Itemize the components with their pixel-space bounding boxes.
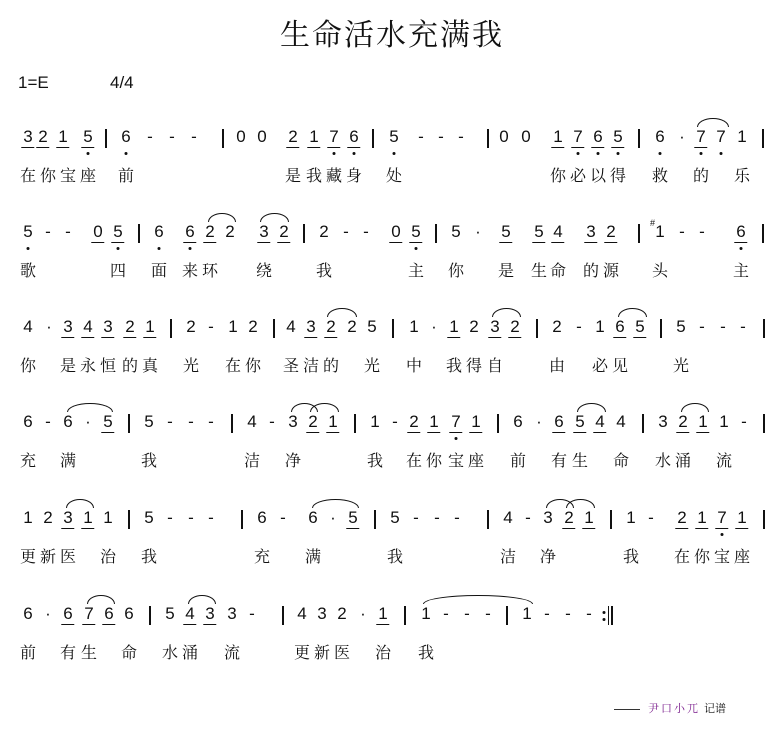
score-system: 6-6·55---4-3211-21716·65443211-充满我洁净我在你宝… xyxy=(0,412,784,482)
dash-extension: - xyxy=(576,317,582,337)
note: 1 xyxy=(626,508,635,528)
note: 2 xyxy=(125,317,134,337)
lower-octave-dot xyxy=(577,152,580,155)
note: 0 xyxy=(499,127,508,147)
lyric-char: 来 xyxy=(182,258,198,281)
barline xyxy=(273,319,275,338)
dash-extension: - xyxy=(208,508,214,528)
note: 7 xyxy=(716,127,725,147)
dash-extension: - xyxy=(699,317,705,337)
lyric-char: 满 xyxy=(305,544,321,567)
note: 5 xyxy=(113,222,122,242)
slur-arc xyxy=(310,403,339,412)
slur-arc xyxy=(188,595,216,604)
note: 7 xyxy=(696,127,705,147)
credit-dash xyxy=(614,709,640,710)
slur-arc xyxy=(423,595,533,604)
lyric-char: 命 xyxy=(121,640,137,663)
barline xyxy=(222,129,224,148)
note: 3 xyxy=(586,222,595,242)
note: 6 xyxy=(554,412,563,432)
note: 0 xyxy=(391,222,400,242)
barline xyxy=(241,510,243,529)
note: 2 xyxy=(205,222,214,242)
dash-extension: - xyxy=(280,508,286,528)
lyric-char: 有 xyxy=(551,448,567,471)
lyric-char: 源 xyxy=(603,258,619,281)
lyric-char: 你 xyxy=(245,353,261,376)
note: 6 xyxy=(349,127,358,147)
lower-octave-dot xyxy=(125,152,128,155)
repeat-dot xyxy=(603,611,606,614)
note: 5 xyxy=(635,317,644,337)
barline xyxy=(487,129,489,148)
augmentation-dot: · xyxy=(330,508,336,528)
lyric-char: 净 xyxy=(285,448,301,471)
lyric-char: 主 xyxy=(408,258,424,281)
note: 2 xyxy=(564,508,573,528)
note: 4 xyxy=(616,412,625,432)
note: 4 xyxy=(286,317,295,337)
note: 4 xyxy=(83,317,92,337)
note: 2 xyxy=(677,508,686,528)
lyric-char: 环 xyxy=(202,258,218,281)
dash-extension: - xyxy=(167,412,173,432)
lower-octave-dot xyxy=(659,152,662,155)
lyric-char: 洁 xyxy=(303,353,319,376)
note: 6 xyxy=(63,412,72,432)
lyric-char: 身 xyxy=(346,163,362,186)
key-signature: 1=E xyxy=(18,73,49,93)
lyric-char: 治 xyxy=(100,544,116,567)
note: 1 xyxy=(429,412,438,432)
lyric-char: 我 xyxy=(387,544,403,567)
note: 2 xyxy=(510,317,519,337)
lower-octave-dot xyxy=(27,247,30,250)
barline xyxy=(762,224,764,243)
barline xyxy=(610,510,612,529)
barline xyxy=(138,224,140,243)
lower-octave-dot xyxy=(117,247,120,250)
note: 5 xyxy=(23,222,32,242)
augmentation-dot: · xyxy=(46,317,52,337)
lyric-char: 座 xyxy=(734,544,750,567)
lyric-char: 见 xyxy=(612,353,628,376)
lower-octave-dot xyxy=(333,152,336,155)
lyric-char: 流 xyxy=(716,448,732,471)
lower-octave-dot xyxy=(189,247,192,250)
slur-arc xyxy=(327,308,357,317)
note: 1 xyxy=(522,604,531,624)
score-system: 123115---6-6·55---4-3211-2171更新医治我充满我洁净我… xyxy=(0,508,784,578)
note: 5 xyxy=(411,222,420,242)
note: 7 xyxy=(717,508,726,528)
lyric-char: 是 xyxy=(498,258,514,281)
note: 6 xyxy=(121,127,130,147)
augmentation-dot: · xyxy=(475,222,481,242)
lower-octave-dot xyxy=(455,437,458,440)
note: 1 xyxy=(553,127,562,147)
barline xyxy=(372,129,374,148)
dash-extension: - xyxy=(485,604,491,624)
note: 6 xyxy=(257,508,266,528)
dash-extension: - xyxy=(525,508,531,528)
note: 0 xyxy=(93,222,102,242)
note: 4 xyxy=(503,508,512,528)
lyric-char: 新 xyxy=(314,640,330,663)
dash-extension: - xyxy=(464,604,470,624)
dash-extension: - xyxy=(167,508,173,528)
barline xyxy=(762,129,764,148)
lyric-char: 必 xyxy=(570,163,586,186)
note: 5 xyxy=(367,317,376,337)
slur-arc xyxy=(577,403,606,412)
note: 6 xyxy=(513,412,522,432)
note: 3 xyxy=(103,317,112,337)
lower-octave-dot xyxy=(415,247,418,250)
note: 1 xyxy=(655,222,664,242)
lyric-char: 的 xyxy=(583,258,599,281)
transcriber-name: 尹口小兀 xyxy=(648,702,700,715)
slur-arc xyxy=(492,308,521,317)
augmentation-dot: · xyxy=(360,604,366,624)
lyric-char: 我 xyxy=(306,163,322,186)
note: 4 xyxy=(297,604,306,624)
note: 1 xyxy=(409,317,418,337)
note: 1 xyxy=(697,508,706,528)
lyric-char: 水 xyxy=(162,640,178,663)
lyric-char: 面 xyxy=(151,258,167,281)
slur-arc xyxy=(87,595,115,604)
note: 1 xyxy=(737,127,746,147)
note: 5 xyxy=(451,222,460,242)
note: 2 xyxy=(319,222,328,242)
barline xyxy=(374,510,376,529)
dash-extension: - xyxy=(188,508,194,528)
note: 5 xyxy=(390,508,399,528)
note: 7 xyxy=(329,127,338,147)
score-system: 32156---0021765---0017656·771在你宝座前是我藏身处你… xyxy=(0,127,784,197)
lyric-char: 涌 xyxy=(675,448,691,471)
barline xyxy=(642,414,644,433)
slur-arc xyxy=(208,213,236,222)
note: 2 xyxy=(248,317,257,337)
note: 1 xyxy=(378,604,387,624)
barline xyxy=(282,606,284,625)
dash-extension: - xyxy=(454,508,460,528)
lower-octave-dot xyxy=(740,247,743,250)
barline xyxy=(404,606,406,625)
dash-extension: - xyxy=(188,412,194,432)
slur-arc xyxy=(67,403,113,412)
note: 7 xyxy=(84,604,93,624)
lyric-char: 是 xyxy=(60,353,76,376)
note: 7 xyxy=(573,127,582,147)
dash-extension: - xyxy=(586,604,592,624)
note: 1 xyxy=(698,412,707,432)
note: 6 xyxy=(736,222,745,242)
dash-extension: - xyxy=(418,127,424,147)
note: 0 xyxy=(521,127,530,147)
augmentation-dot: · xyxy=(85,412,91,432)
lyric-char: 处 xyxy=(386,163,402,186)
lyric-char: 生 xyxy=(572,448,588,471)
note: 6 xyxy=(23,604,32,624)
barline xyxy=(128,414,130,433)
slur-arc xyxy=(260,213,289,222)
lyric-char: 永 xyxy=(80,353,96,376)
transcriber-credit: 尹口小兀记谱 xyxy=(614,700,726,716)
slur-arc xyxy=(66,499,94,508)
note: 5 xyxy=(83,127,92,147)
note: 1 xyxy=(719,412,728,432)
note: 6 xyxy=(63,604,72,624)
lyric-char: 你 xyxy=(448,258,464,281)
slur-arc xyxy=(681,403,709,412)
dash-extension: - xyxy=(413,508,419,528)
note: 1 xyxy=(145,317,154,337)
note: 3 xyxy=(227,604,236,624)
lower-octave-dot xyxy=(720,152,723,155)
note: 1 xyxy=(421,604,430,624)
lower-octave-dot xyxy=(353,152,356,155)
note: 5 xyxy=(144,508,153,528)
lower-octave-dot xyxy=(700,152,703,155)
lyric-char: 四 xyxy=(110,258,126,281)
note: 6 xyxy=(124,604,133,624)
dash-extension: - xyxy=(45,222,51,242)
note: 6 xyxy=(593,127,602,147)
note: 5 xyxy=(501,222,510,242)
barline xyxy=(638,224,640,243)
lyric-char: 中 xyxy=(406,353,422,376)
augmentation-dot: · xyxy=(679,127,685,147)
note: 1 xyxy=(328,412,337,432)
note: 1 xyxy=(23,508,32,528)
slur-arc xyxy=(566,499,595,508)
lower-octave-dot xyxy=(158,247,161,250)
score-system: 5--056622322--055·554321#--6歌四面来环绕我主你是生命… xyxy=(0,222,784,292)
dash-extension: - xyxy=(191,127,197,147)
lyric-char: 更 xyxy=(20,544,36,567)
note: 7 xyxy=(451,412,460,432)
lyric-char: 更 xyxy=(294,640,310,663)
lyric-char: 我 xyxy=(316,258,332,281)
lyric-char: 藏 xyxy=(326,163,342,186)
barline xyxy=(536,319,538,338)
note: 1 xyxy=(471,412,480,432)
note: 5 xyxy=(348,508,357,528)
dash-extension: - xyxy=(208,412,214,432)
lyric-char: 光 xyxy=(183,353,199,376)
note: 2 xyxy=(308,412,317,432)
note: 2 xyxy=(326,317,335,337)
note: 6 xyxy=(615,317,624,337)
dash-extension: - xyxy=(249,604,255,624)
note: 2 xyxy=(279,222,288,242)
note: 5 xyxy=(144,412,153,432)
barline xyxy=(392,319,394,338)
note: 3 xyxy=(306,317,315,337)
lyric-char: 洁 xyxy=(244,448,260,471)
note: 3 xyxy=(259,222,268,242)
lyric-char: 生 xyxy=(531,258,547,281)
final-barline xyxy=(608,606,609,625)
dash-extension: - xyxy=(392,412,398,432)
dash-extension: - xyxy=(648,508,654,528)
note: 4 xyxy=(23,317,32,337)
lyric-char: 以 xyxy=(590,163,606,186)
dash-extension: - xyxy=(434,508,440,528)
note: 1 xyxy=(309,127,318,147)
augmentation-dot: · xyxy=(536,412,542,432)
lyric-char: 歌 xyxy=(20,258,36,281)
lower-octave-dot xyxy=(617,152,620,155)
lyric-char: 满 xyxy=(60,448,76,471)
dash-extension: - xyxy=(699,222,705,242)
lyric-char: 主 xyxy=(733,258,749,281)
dash-extension: - xyxy=(65,222,71,242)
note: 1 xyxy=(595,317,604,337)
note: 4 xyxy=(247,412,256,432)
lyric-char: 宝 xyxy=(60,163,76,186)
note: 1 xyxy=(83,508,92,528)
note: 6 xyxy=(23,412,32,432)
slur-arc xyxy=(697,118,729,127)
note: 2 xyxy=(38,127,47,147)
note: 3 xyxy=(205,604,214,624)
lyric-char: 你 xyxy=(550,163,566,186)
note: 3 xyxy=(317,604,326,624)
barline xyxy=(354,414,356,433)
note: 1 xyxy=(449,317,458,337)
lyric-char: 前 xyxy=(510,448,526,471)
lyric-char: 救 xyxy=(652,163,668,186)
note: 2 xyxy=(288,127,297,147)
lower-octave-dot xyxy=(87,152,90,155)
lyric-char: 绕 xyxy=(256,258,272,281)
lyric-char: 命 xyxy=(613,448,629,471)
note: 4 xyxy=(595,412,604,432)
barline xyxy=(105,129,107,148)
barline xyxy=(303,224,305,243)
lyric-char: 在 xyxy=(20,163,36,186)
note: 4 xyxy=(185,604,194,624)
lyric-char: 命 xyxy=(550,258,566,281)
note: 6 xyxy=(185,222,194,242)
note: 3 xyxy=(543,508,552,528)
slur-arc xyxy=(618,308,647,317)
lyric-char: 充 xyxy=(254,544,270,567)
note: 0 xyxy=(257,127,266,147)
lyric-char: 是 xyxy=(285,163,301,186)
lyric-char: 光 xyxy=(364,353,380,376)
lyric-char: 光 xyxy=(673,353,689,376)
lyric-char: 涌 xyxy=(182,640,198,663)
lyric-char: 宝 xyxy=(448,448,464,471)
slur-arc xyxy=(312,499,359,508)
note: 2 xyxy=(678,412,687,432)
dash-extension: - xyxy=(720,317,726,337)
transcriber-tag: 记谱 xyxy=(704,702,726,715)
dash-extension: - xyxy=(565,604,571,624)
note: 2 xyxy=(347,317,356,337)
note: 5 xyxy=(389,127,398,147)
note: 4 xyxy=(553,222,562,242)
note: 3 xyxy=(490,317,499,337)
note: 3 xyxy=(23,127,32,147)
lyric-char: 在 xyxy=(674,544,690,567)
lyric-char: 医 xyxy=(334,640,350,663)
lyric-char: 的 xyxy=(693,163,709,186)
lyric-char: 我 xyxy=(446,353,462,376)
lyric-char: 洁 xyxy=(500,544,516,567)
lyric-char: 你 xyxy=(426,448,442,471)
lyric-char: 在 xyxy=(406,448,422,471)
note: 5 xyxy=(534,222,543,242)
barline xyxy=(170,319,172,338)
note: 3 xyxy=(63,508,72,528)
lyric-char: 座 xyxy=(468,448,484,471)
note: 2 xyxy=(43,508,52,528)
dash-extension: - xyxy=(208,317,214,337)
note: 3 xyxy=(63,317,72,337)
barline xyxy=(763,414,765,433)
dash-extension: - xyxy=(363,222,369,242)
lyric-char: 的 xyxy=(323,353,339,376)
barline xyxy=(149,606,151,625)
dash-extension: - xyxy=(269,412,275,432)
note: 2 xyxy=(337,604,346,624)
note: 3 xyxy=(288,412,297,432)
note: 5 xyxy=(676,317,685,337)
score-system: 4·343212-12432251·12322-1655---你是永恒的真光在你… xyxy=(0,317,784,387)
lyric-char: 宝 xyxy=(714,544,730,567)
barline xyxy=(231,414,233,433)
lyric-char: 治 xyxy=(375,640,391,663)
augmentation-dot: · xyxy=(45,604,51,624)
lyric-char: 我 xyxy=(418,640,434,663)
lyric-char: 座 xyxy=(80,163,96,186)
lyric-char: 我 xyxy=(141,544,157,567)
lyric-char: 在 xyxy=(225,353,241,376)
lyric-char: 恒 xyxy=(100,353,116,376)
lyric-char: 我 xyxy=(623,544,639,567)
note: 2 xyxy=(469,317,478,337)
lyric-char: 头 xyxy=(652,258,668,281)
time-signature: 4/4 xyxy=(110,73,134,93)
lyric-char: 的 xyxy=(122,353,138,376)
note: 5 xyxy=(103,412,112,432)
lyric-char: 你 xyxy=(694,544,710,567)
note: 1 xyxy=(103,508,112,528)
lyric-char: 流 xyxy=(224,640,240,663)
note: 6 xyxy=(308,508,317,528)
note: 2 xyxy=(409,412,418,432)
lyric-char: 水 xyxy=(655,448,671,471)
lyric-char: 前 xyxy=(20,640,36,663)
note: 2 xyxy=(225,222,234,242)
dash-extension: - xyxy=(544,604,550,624)
note: 5 xyxy=(575,412,584,432)
dash-extension: - xyxy=(45,412,51,432)
lower-octave-dot xyxy=(393,152,396,155)
dash-extension: - xyxy=(443,604,449,624)
lyric-char: 自 xyxy=(487,353,503,376)
note: 6 xyxy=(154,222,163,242)
note: 1 xyxy=(584,508,593,528)
barline xyxy=(763,319,765,338)
